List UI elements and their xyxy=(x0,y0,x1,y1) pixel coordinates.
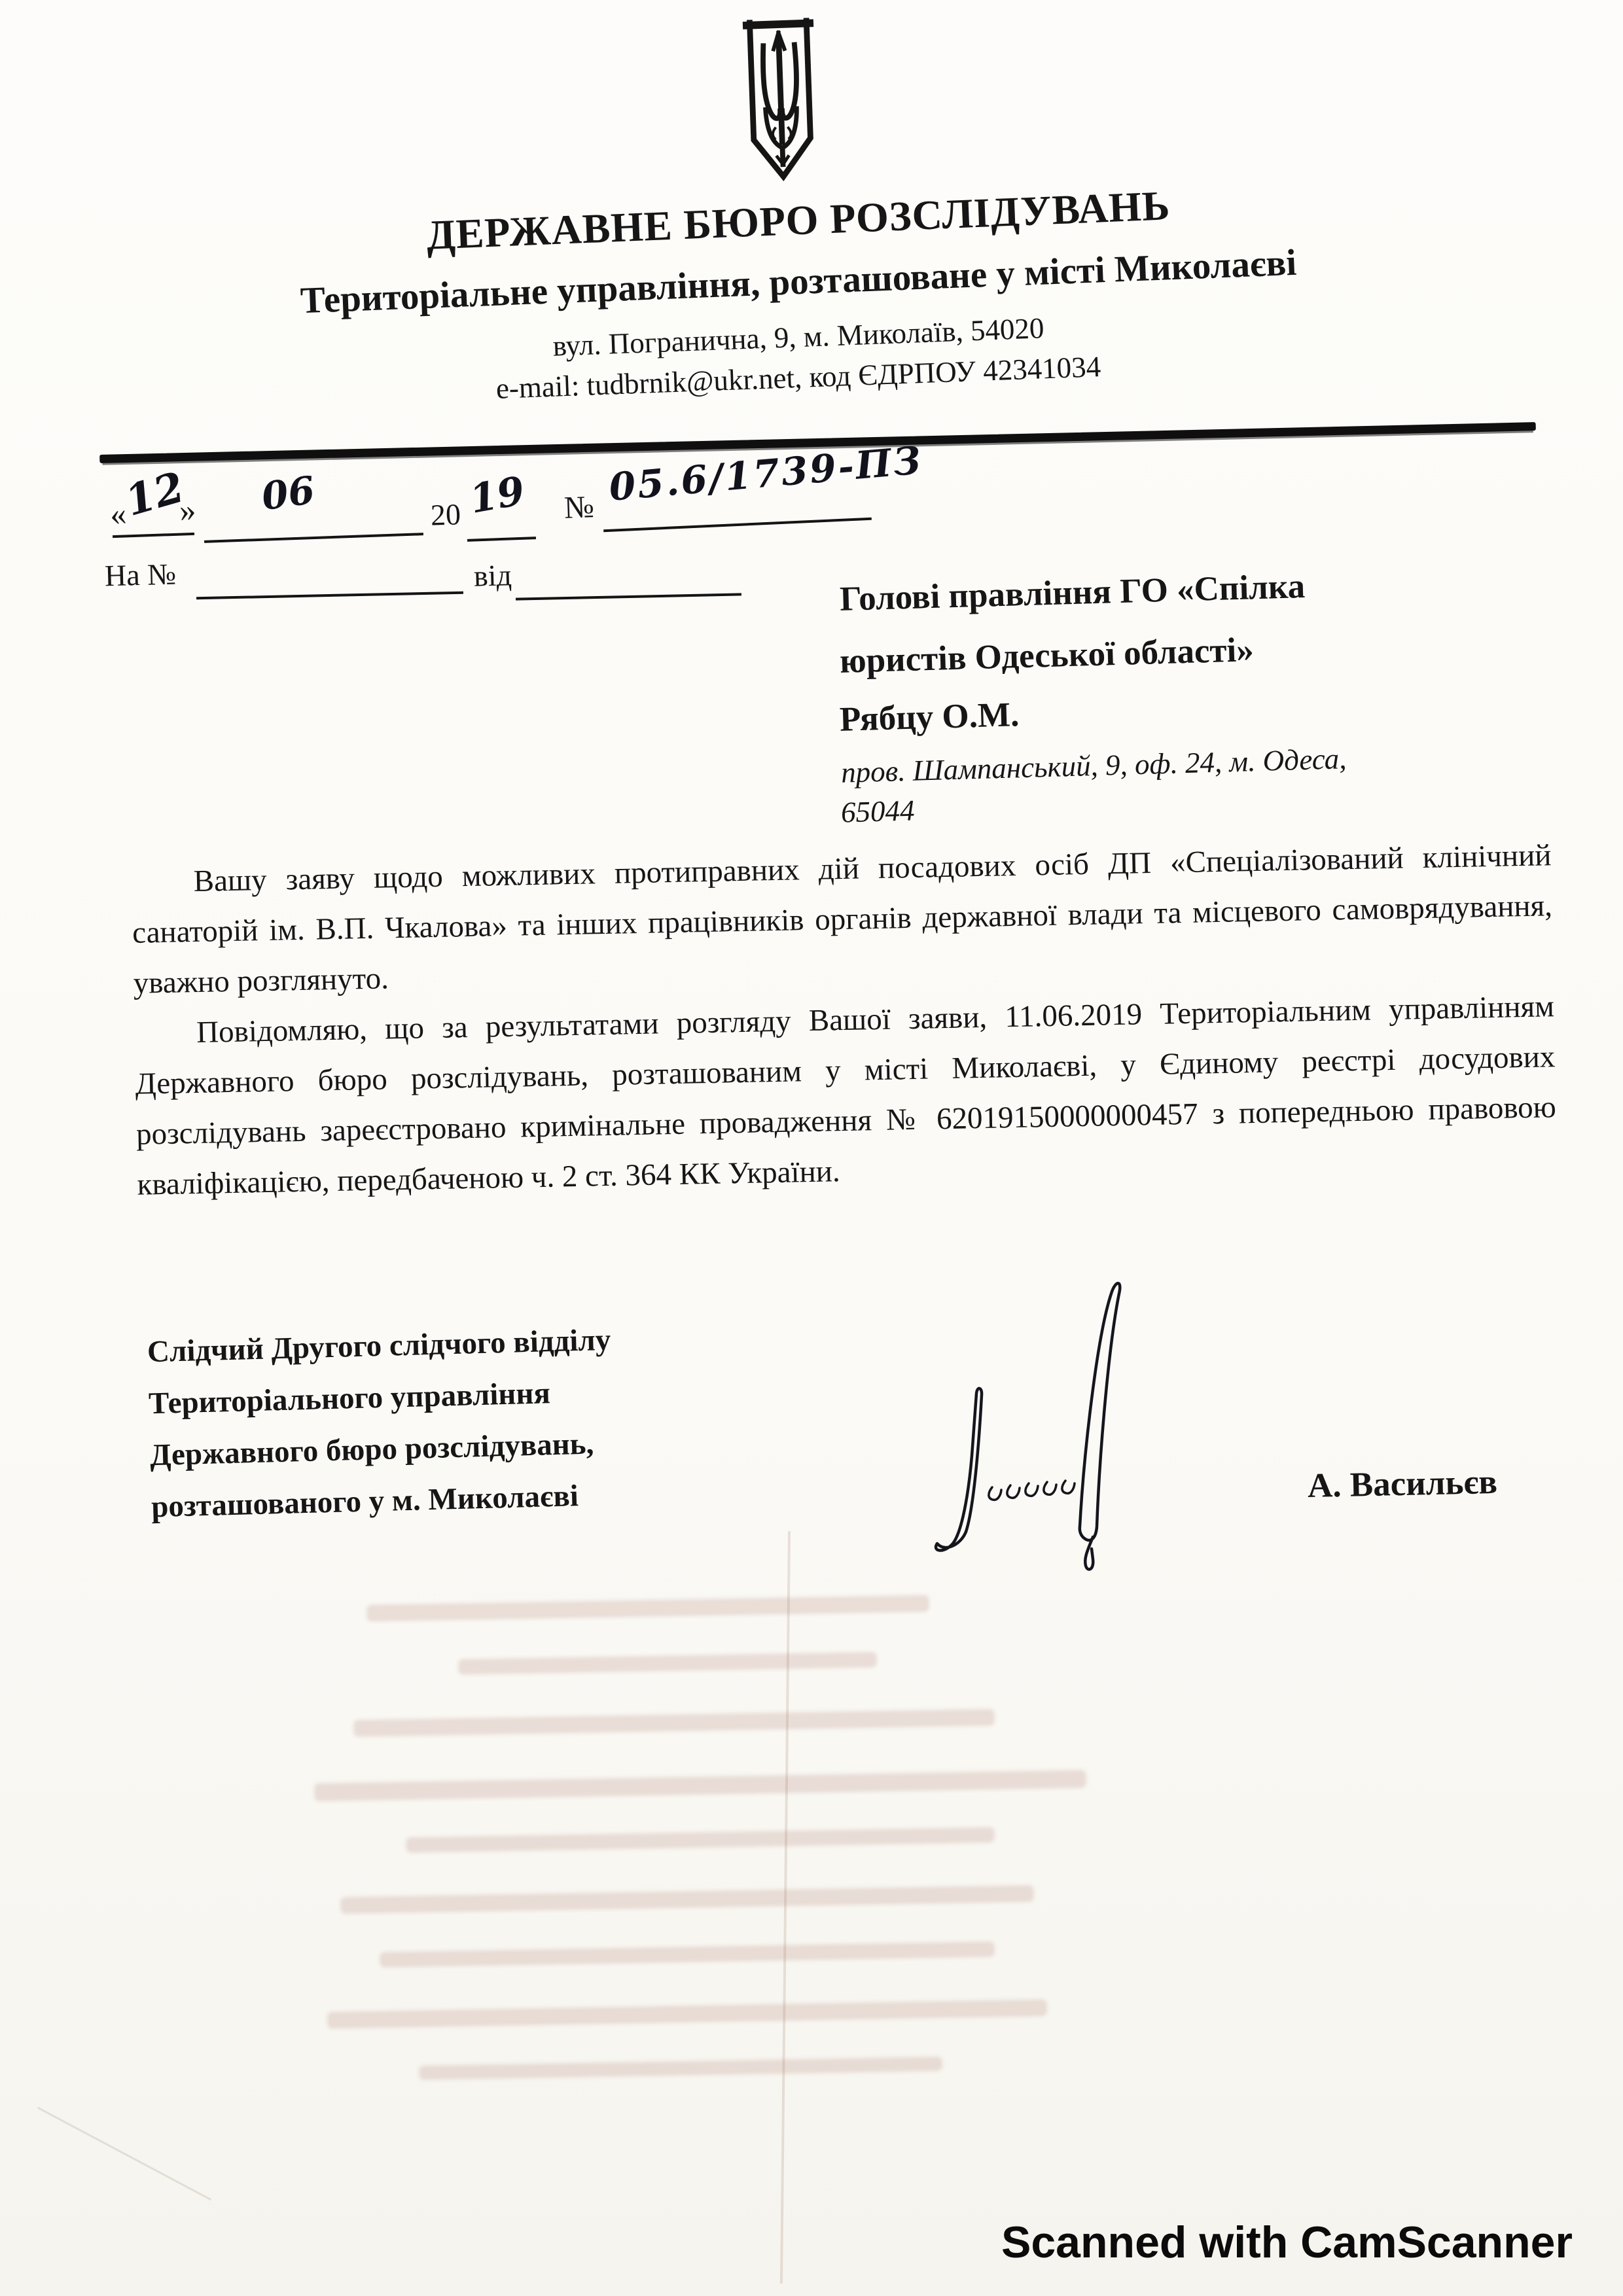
date-month-handwritten: 06 xyxy=(259,468,317,520)
date-month-underline xyxy=(204,533,423,543)
date-day-underline xyxy=(113,533,194,538)
recipient-line-2: юристів Одеської області» xyxy=(839,630,1254,681)
letter-body: Вашу заяву щодо можливих протиправних ді… xyxy=(131,830,1558,1210)
reply-number-underline xyxy=(196,592,463,600)
bleed-through-line xyxy=(380,1941,995,1968)
bleed-through-line xyxy=(353,1708,995,1737)
bleed-through-line xyxy=(406,1827,995,1853)
scanned-letter-page: ДЕРЖАВНЕ БЮРО РОЗСЛІДУВАНЬ Територіальне… xyxy=(0,0,1623,2296)
body-paragraph-2: Повідомляю, що за результатами розгляду … xyxy=(134,981,1558,1210)
vertical-fold-crease xyxy=(780,1531,791,2284)
reply-from-underline xyxy=(516,593,741,600)
date-year-underline xyxy=(467,537,536,542)
date-year-prefix: 20 xyxy=(430,497,461,533)
reply-number-label: На № xyxy=(104,557,176,593)
camscanner-watermark: Scanned with CamScanner xyxy=(1001,2217,1573,2268)
recipient-line-1: Голові правління ГО «Спілка xyxy=(839,567,1306,619)
bleed-through-line xyxy=(366,1595,929,1621)
handwritten-signature-icon xyxy=(915,1260,1190,1574)
recipient-address-line-1: пров. Шампанський, 9, оф. 24, м. Одеса, xyxy=(840,741,1347,790)
bleed-through-line xyxy=(340,1885,1034,1914)
corner-crease xyxy=(37,2107,211,2200)
ukraine-trident-emblem-icon xyxy=(741,13,820,186)
signer-position-block: Слідчий Другого слідчого відділу Територ… xyxy=(147,1315,615,1533)
date-year-handwritten: 19 xyxy=(467,468,528,522)
reply-from-label: від xyxy=(473,557,512,593)
bleed-through-line xyxy=(419,2057,942,2080)
bleed-through-line xyxy=(314,1770,1086,1802)
recipient-address-line-2: 65044 xyxy=(840,793,915,829)
date-quote-open: « xyxy=(109,494,128,533)
date-quote-close: » xyxy=(178,490,197,529)
recipient-line-3: Рябцу О.М. xyxy=(839,695,1020,739)
body-paragraph-1: Вашу заяву щодо можливих протиправних ді… xyxy=(131,830,1554,1009)
doc-number-sign: № xyxy=(563,489,595,526)
bleed-through-line xyxy=(327,1999,1047,2028)
doc-number-underline xyxy=(603,518,872,533)
signer-name: А. Васильєв xyxy=(1307,1462,1497,1506)
bleed-through-line xyxy=(458,1651,877,1674)
